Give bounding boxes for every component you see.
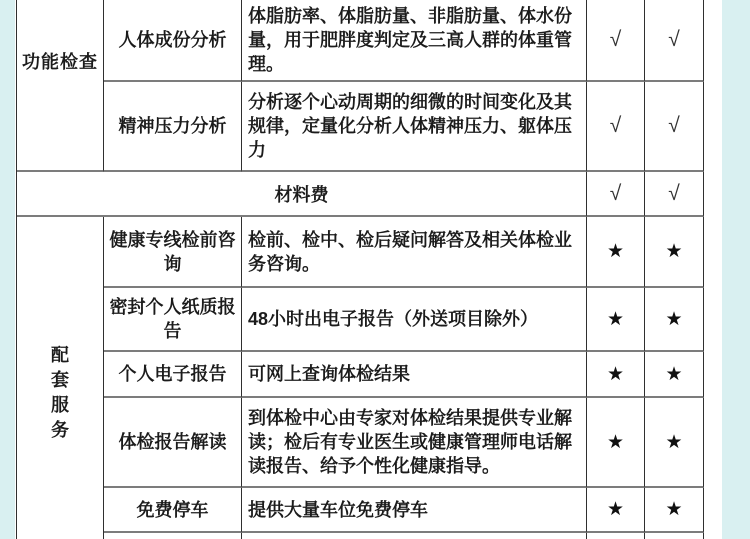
star-icon: ★ xyxy=(607,363,624,386)
check-icon: √ xyxy=(610,28,622,52)
item-label: 个人电子报告 xyxy=(119,362,227,386)
item-description: 体脂肪率、体脂肪量、非脂肪量、体水份 量，用于肥胖度判定及三高人群的体重管 理。 xyxy=(248,4,572,76)
item-description: 可网上查询体检结果 xyxy=(248,362,410,386)
star-icon: ★ xyxy=(665,498,682,521)
item-label: 人体成份分析 xyxy=(119,28,227,52)
plan-b-cell: ★ xyxy=(645,352,704,398)
plan-a-cell: ★ xyxy=(587,288,645,352)
star-icon: ★ xyxy=(665,240,682,263)
item-cell: 个人电子报告 xyxy=(104,352,242,398)
plan-a-cell: ★ xyxy=(587,398,645,488)
plan-a-cell: ★ xyxy=(587,352,645,398)
plan-b-cell: √ xyxy=(645,0,704,82)
fee-label: 材料费 xyxy=(275,181,329,207)
item-label: 精神压力分析 xyxy=(119,114,227,138)
item-label: 体检报告解读 xyxy=(119,430,227,454)
item-cell: 精神压力分析 xyxy=(104,82,242,172)
star-icon: ★ xyxy=(665,308,682,331)
desc-cell: 体脂肪率、体脂肪量、非脂肪量、体水份 量，用于肥胖度判定及三高人群的体重管 理。 xyxy=(242,0,587,82)
item-label: 密封个人纸质报 告 xyxy=(110,295,236,343)
plan-a-cell: ★ xyxy=(587,488,645,533)
fee-row-cell: 材料费 xyxy=(17,172,587,217)
item-label: 免费停车 xyxy=(137,498,209,522)
desc-cell: 分析逐个心动周期的细微的时间变化及其 规律，定量化分析人体精神压力、躯体压 力 xyxy=(242,82,587,172)
item-cell: 免费停车 xyxy=(104,488,242,533)
plan-b-cell: ★ xyxy=(645,398,704,488)
section-label: 功能检查 xyxy=(22,48,98,74)
desc-cell: 到体检中心由专家对体检结果提供专业解 读；检后有专业医生或健康管理师电话解 读报… xyxy=(242,398,587,488)
checkup-package-comparison-table: 功能检查 人体成份分析 体脂肪率、体脂肪量、非脂肪量、体水份 量，用于肥胖度判定… xyxy=(16,0,704,539)
check-icon: √ xyxy=(668,28,680,52)
partial-row-cell xyxy=(645,533,704,539)
plan-a-cell: √ xyxy=(587,82,645,172)
plan-b-cell: ★ xyxy=(645,288,704,352)
item-description: 检前、检中、检后疑问解答及相关体检业 务咨询。 xyxy=(248,228,572,276)
plan-b-cell: √ xyxy=(645,82,704,172)
item-cell: 人体成份分析 xyxy=(104,0,242,82)
desc-cell: 检前、检中、检后疑问解答及相关体检业 务咨询。 xyxy=(242,217,587,288)
star-icon: ★ xyxy=(665,363,682,386)
plan-a-cell: √ xyxy=(587,172,645,217)
desc-cell: 可网上查询体检结果 xyxy=(242,352,587,398)
section-label-vertical: 配套服务 xyxy=(49,343,71,443)
item-description: 分析逐个心动周期的细微的时间变化及其 规律，定量化分析人体精神压力、躯体压 力 xyxy=(248,90,572,162)
desc-cell: 48小时出电子报告（外送项目除外） xyxy=(242,288,587,352)
item-cell: 密封个人纸质报 告 xyxy=(104,288,242,352)
item-description: 提供大量车位免费停车 xyxy=(248,498,428,522)
plan-a-cell: ★ xyxy=(587,217,645,288)
partial-row-cell xyxy=(242,533,587,539)
star-icon: ★ xyxy=(607,498,624,521)
check-icon: √ xyxy=(610,182,622,206)
item-cell: 体检报告解读 xyxy=(104,398,242,488)
desc-cell: 提供大量车位免费停车 xyxy=(242,488,587,533)
plan-b-cell: √ xyxy=(645,172,704,217)
star-icon: ★ xyxy=(665,431,682,454)
star-icon: ★ xyxy=(607,431,624,454)
check-icon: √ xyxy=(610,114,622,138)
page: { "colors": { "page_bg": "#d9f0f1", "pap… xyxy=(0,0,750,539)
partial-row-cell xyxy=(104,533,242,539)
item-cell: 健康专线检前咨 询 xyxy=(104,217,242,288)
section-cell-function-exam: 功能检查 xyxy=(17,0,104,172)
check-icon: √ xyxy=(668,182,680,206)
star-icon: ★ xyxy=(607,308,624,331)
partial-row-cell xyxy=(587,533,645,539)
plan-b-cell: ★ xyxy=(645,217,704,288)
plan-a-cell: √ xyxy=(587,0,645,82)
check-icon: √ xyxy=(668,114,680,138)
item-label: 健康专线检前咨 询 xyxy=(110,228,236,276)
item-description: 48小时出电子报告（外送项目除外） xyxy=(248,307,538,331)
star-icon: ★ xyxy=(607,240,624,263)
plan-b-cell: ★ xyxy=(645,488,704,533)
section-cell-package-services: 配套服务 xyxy=(17,217,104,539)
item-description: 到体检中心由专家对体检结果提供专业解 读；检后有专业医生或健康管理师电话解 读报… xyxy=(248,406,572,478)
